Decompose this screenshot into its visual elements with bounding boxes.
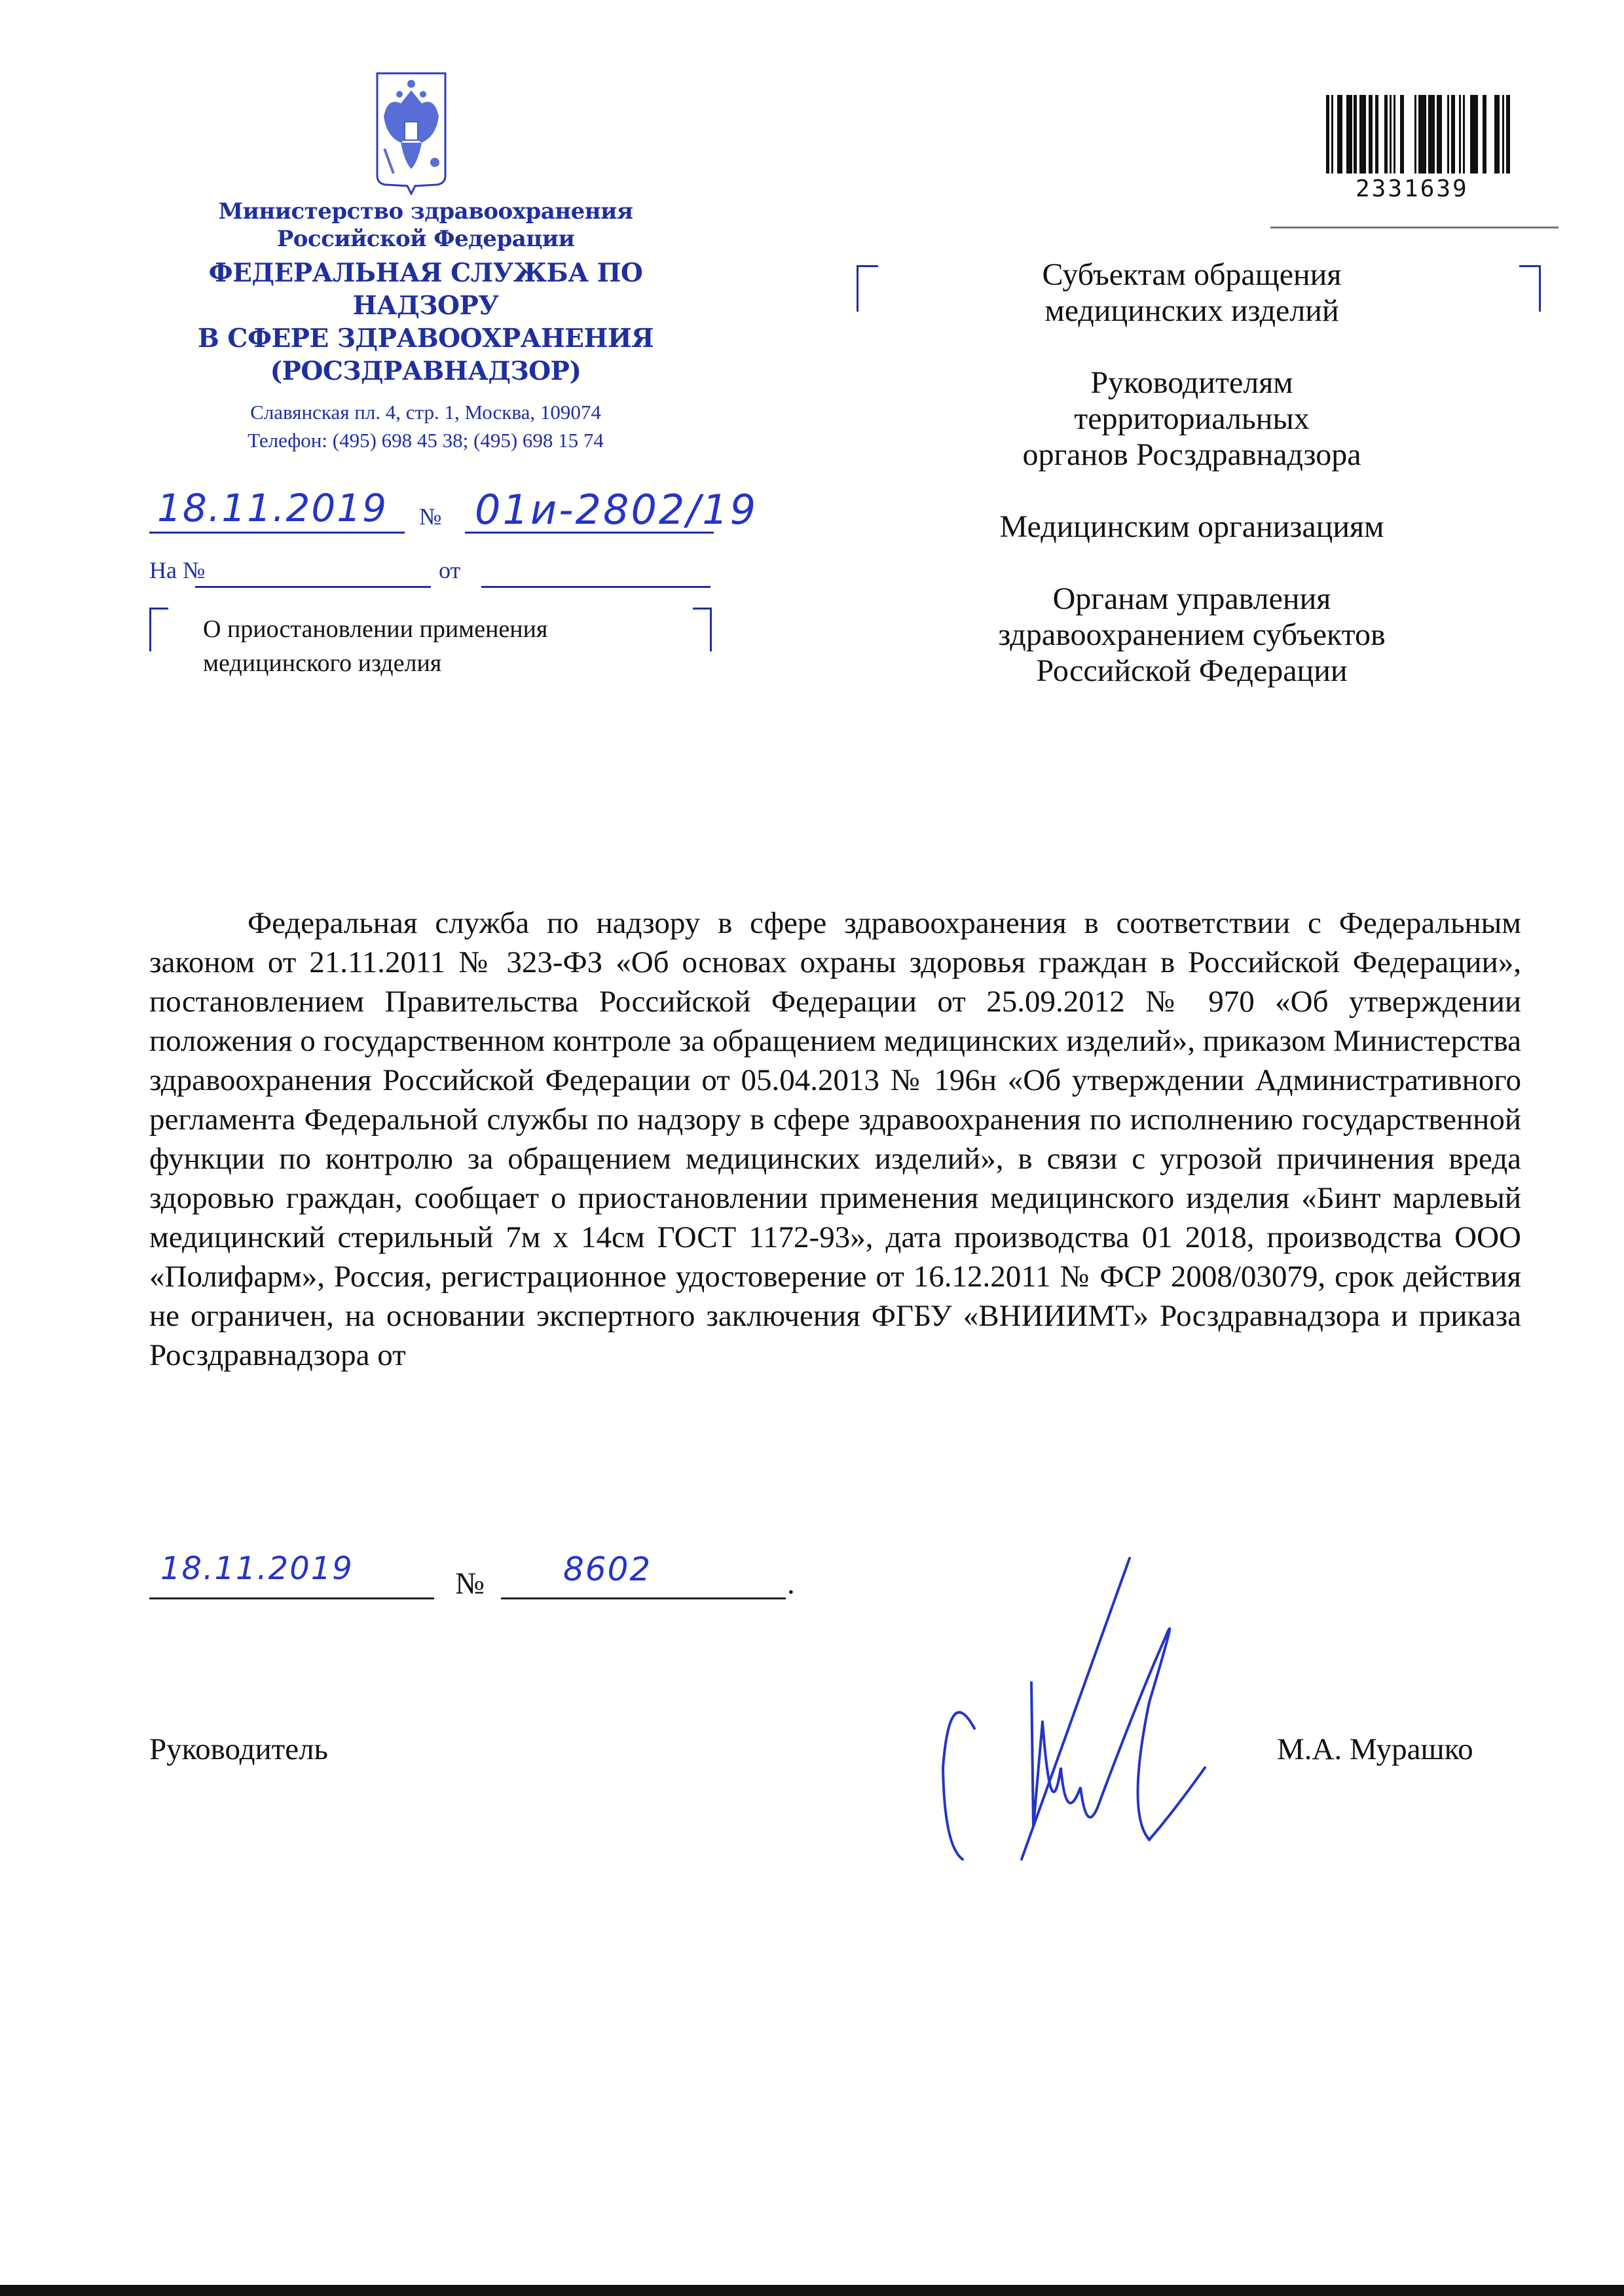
coat-of-arms-icon xyxy=(375,71,448,195)
reply-from-label: от xyxy=(439,556,460,584)
recipient-line: Органам управления xyxy=(897,581,1486,617)
ministry-name: Министерство здравоохранения Российской … xyxy=(196,198,655,253)
barcode xyxy=(1326,95,1522,173)
subject-block: О приостановлении применения медицинског… xyxy=(203,612,701,680)
signatory-role: Руководитель xyxy=(149,1732,328,1767)
reply-date-field xyxy=(481,586,710,588)
phone-line: Телефон: (495) 698 45 38; (495) 698 15 7… xyxy=(157,426,694,454)
recipients-corner-right xyxy=(1519,265,1541,312)
ministry-line-2: Российской Федерации xyxy=(196,225,655,253)
recipient-line: здравоохранением субъектов xyxy=(897,617,1486,653)
subject-corner-left xyxy=(149,608,168,651)
recipient-line: медицинских изделий xyxy=(897,293,1486,329)
order-end-period: . xyxy=(787,1566,795,1601)
subject-line-2: медицинского изделия xyxy=(203,646,701,680)
order-date: 18.11.2019 xyxy=(160,1550,354,1587)
service-line-1: ФЕДЕРАЛЬНАЯ СЛУЖБА ПО НАДЗОРУ xyxy=(138,257,714,322)
registration-date: 18.11.2019 xyxy=(157,486,388,530)
scan-edge xyxy=(0,2285,1624,2296)
recipient-line: Субъектам обращения xyxy=(897,257,1486,293)
registration-date-line xyxy=(149,532,405,534)
recipients-corner-left xyxy=(857,265,878,312)
reply-number-label: На № xyxy=(149,556,205,584)
service-line-3: (РОСЗДРАВНАДЗОР) xyxy=(138,355,714,388)
handwritten-signature-icon xyxy=(891,1552,1283,1866)
body-paragraph: Федеральная служба по надзору в сфере зд… xyxy=(149,903,1521,1375)
recipient-group: Органам управления здравоохранением субъ… xyxy=(897,581,1486,689)
order-date-line xyxy=(149,1597,434,1599)
recipient-group: Руководителям территориальных органов Ро… xyxy=(897,365,1486,473)
service-name: ФЕДЕРАЛЬНАЯ СЛУЖБА ПО НАДЗОРУ В СФЕРЕ ЗД… xyxy=(138,257,714,388)
recipient-group: Субъектам обращения медицинских изделий xyxy=(897,257,1486,329)
registration-number: 01и-2802/19 xyxy=(475,486,758,534)
signatory-name: М.А. Мурашко xyxy=(1277,1732,1473,1767)
recipient-group: Медицинским организациям xyxy=(897,509,1486,545)
address-block: Славянская пл. 4, стр. 1, Москва, 109074… xyxy=(157,398,694,454)
barcode-divider xyxy=(1270,227,1559,228)
recipient-line: органов Росздравнадзора xyxy=(897,437,1486,473)
letter-page: Министерство здравоохранения Российской … xyxy=(0,0,1624,2296)
reply-number-field xyxy=(195,586,431,588)
ministry-line-1: Министерство здравоохранения xyxy=(196,198,655,225)
order-number-line xyxy=(501,1597,786,1599)
order-number-sign: № xyxy=(455,1566,485,1601)
recipient-line: Российской Федерации xyxy=(897,653,1486,689)
recipient-line: Руководителям xyxy=(897,365,1486,401)
recipient-line: Медицинским организациям xyxy=(897,509,1486,545)
recipient-line: территориальных xyxy=(897,401,1486,437)
registration-number-sign: № xyxy=(419,503,441,530)
registration-number-line xyxy=(465,532,714,534)
barcode-number: 2331639 xyxy=(1356,175,1469,202)
subject-line-1: О приостановлении применения xyxy=(203,612,701,646)
recipients-block: Субъектам обращения медицинских изделий … xyxy=(897,257,1486,725)
address-line: Славянская пл. 4, стр. 1, Москва, 109074 xyxy=(157,398,694,426)
service-line-2: В СФЕРЕ ЗДРАВООХРАНЕНИЯ xyxy=(138,322,714,355)
order-number: 8602 xyxy=(563,1550,652,1588)
